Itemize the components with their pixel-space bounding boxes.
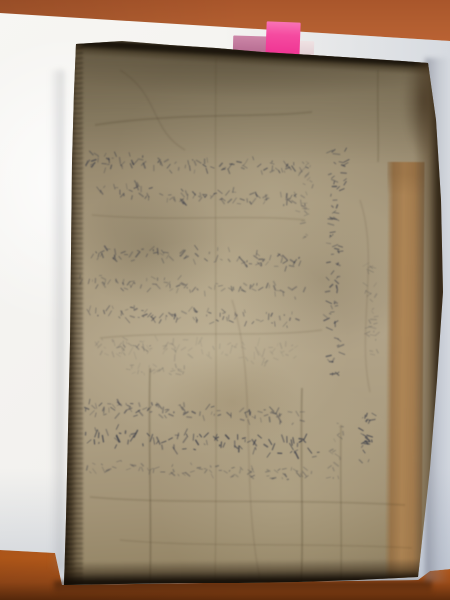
manuscript-photo [0,0,450,600]
book-shadow-left [48,70,64,570]
